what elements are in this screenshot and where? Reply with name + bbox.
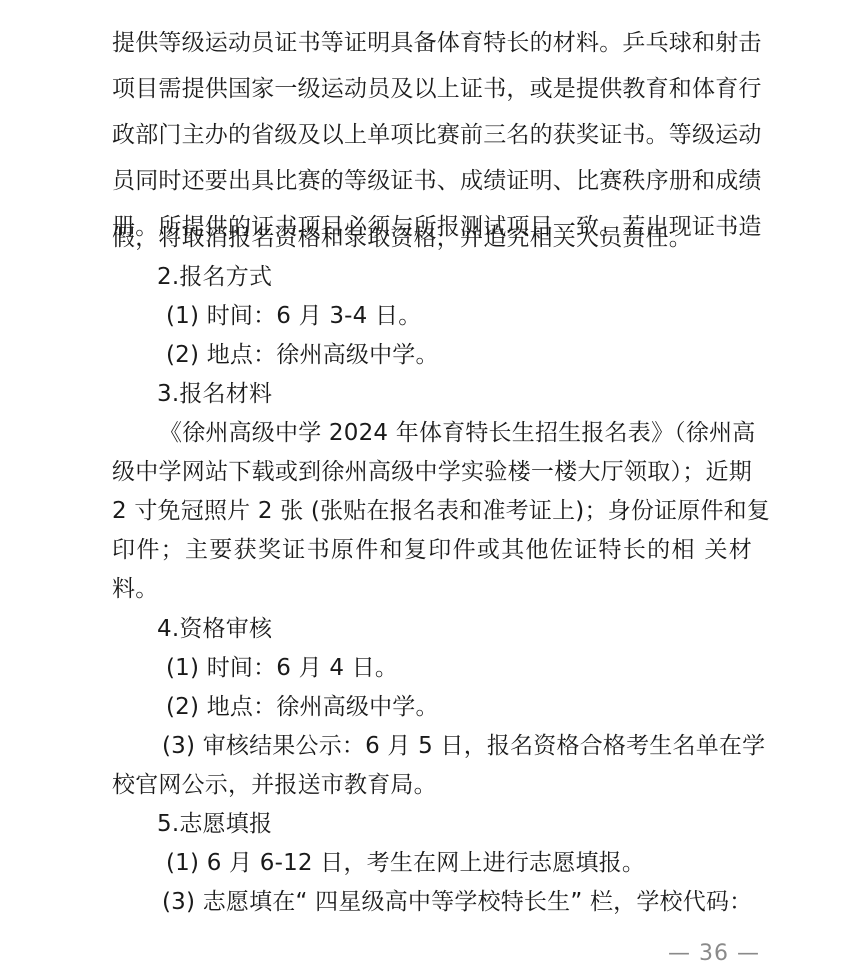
paragraph-line: 校官网公示，并报送市教育局。 [112, 770, 437, 800]
section-heading-5: 5.志愿填报 [157, 809, 272, 839]
paragraph-line: 《徐州高级中学 2024 年体育特长生招生报名表》（徐州高 [159, 418, 755, 448]
paragraph-line: 印件；主要获奖证书原件和复印件或其他佐证特长的相 关材 [112, 535, 752, 565]
paragraph-line: 员同时还要出具比赛的等级证书、成绩证明、比赛秩序册和成绩 [112, 166, 752, 196]
list-item: (2) 地点：徐州高级中学。 [166, 692, 439, 722]
paragraph-line: 假，将取消报名资格和录取资格，并追究相关人员责任。 [112, 223, 692, 253]
list-item: (1) 6 月 6-12 日，考生在网上进行志愿填报。 [166, 848, 645, 878]
paragraph-line: 政部门主办的省级及以上单项比赛前三名的获奖证书。等级运动 [112, 120, 752, 150]
paragraph-line: 提供等级运动员证书等证明具备体育特长的材料。乒乓球和射击 [112, 28, 752, 58]
section-heading-3: 3.报名材料 [157, 379, 272, 409]
list-item: (1) 时间：6 月 3-4 日。 [166, 301, 421, 331]
section-heading-2: 2.报名方式 [157, 262, 272, 292]
list-item: (3) 志愿填在“ 四星级高中等学校特长生” 栏，学校代码： [162, 887, 752, 917]
paragraph-line: 项目需提供国家一级运动员及以上证书，或是提供教育和体育行 [112, 74, 752, 104]
list-item: (2) 地点：徐州高级中学。 [166, 340, 439, 370]
paragraph-line: 级中学网站下载或到徐州高级中学实验楼一楼大厅领取）；近期 [112, 457, 752, 487]
section-heading-4: 4.资格审核 [157, 614, 272, 644]
paragraph-line: 2 寸免冠照片 2 张 (张贴在报名表和准考证上)；身份证原件和复 [112, 496, 752, 526]
paragraph-line: 料。 [112, 574, 158, 604]
page-number: — 36 — [668, 941, 760, 966]
list-item: (1) 时间：6 月 4 日。 [166, 653, 398, 683]
list-item: (3) 审核结果公示：6 月 5 日，报名资格合格考生名单在学 [162, 731, 765, 761]
